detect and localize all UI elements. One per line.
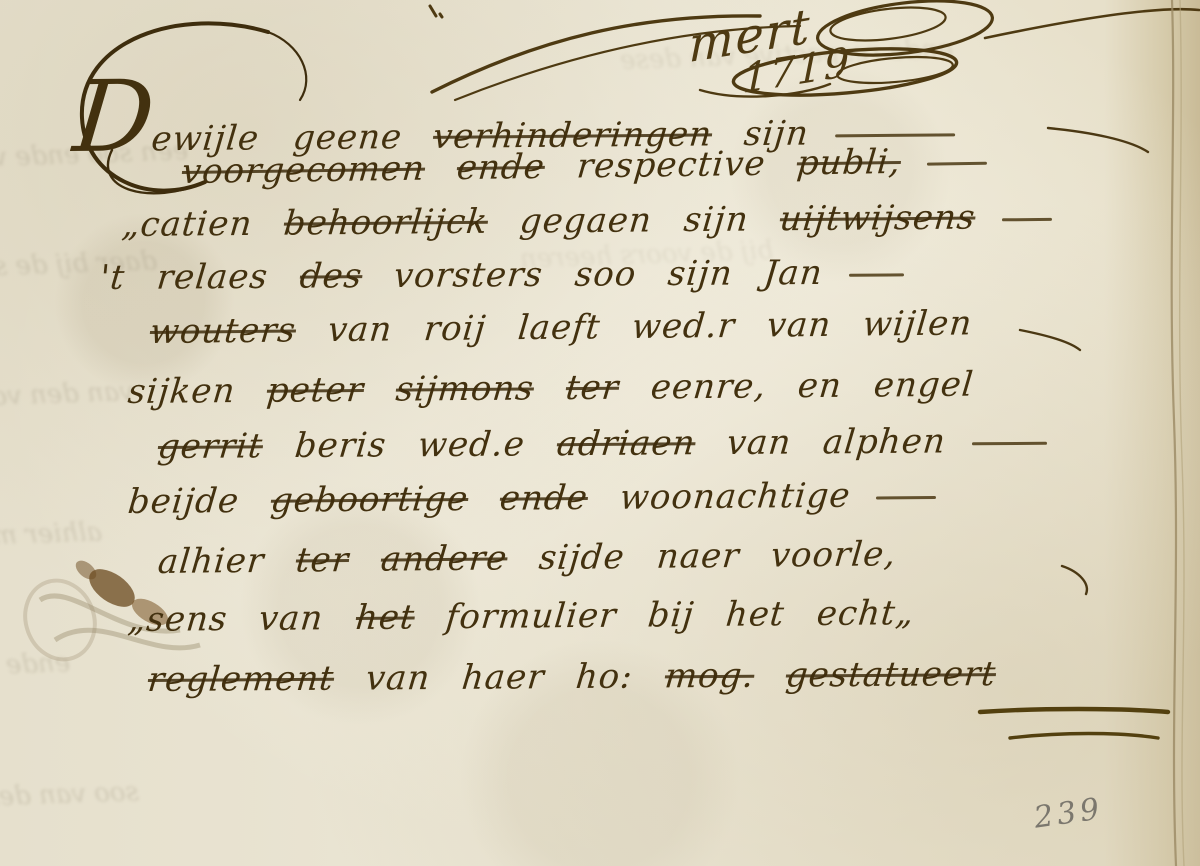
word-struckthrough: andere xyxy=(379,538,509,579)
word: van xyxy=(257,598,325,639)
word: Jan xyxy=(762,253,825,293)
word: haer xyxy=(460,657,546,698)
word: „catien xyxy=(120,204,254,245)
word: eenre, xyxy=(649,366,768,407)
bleedthrough-text: ende het xyxy=(0,648,71,682)
word-struckthrough: ter xyxy=(564,368,621,408)
word: sijn xyxy=(666,254,735,294)
word: van xyxy=(364,658,432,698)
word-struckthrough: uijtwijsens xyxy=(778,198,977,240)
word-struckthrough: ende xyxy=(498,478,590,519)
word-struckthrough: gestatueert xyxy=(784,654,998,695)
word: alphen xyxy=(821,421,948,462)
word: relaes xyxy=(155,257,270,298)
line-filler-dash xyxy=(927,161,987,165)
line-filler-dash xyxy=(876,495,936,499)
word: bij xyxy=(646,595,696,635)
word: ho: xyxy=(574,657,635,697)
word: respective xyxy=(575,144,767,187)
line-filler-dash xyxy=(972,441,1047,445)
manuscript-line: „catien behoorlijck gegaen sijn uijtwijs… xyxy=(122,197,1052,245)
manuscript-line: alhier ter andere sijde naer voorle, xyxy=(158,534,897,582)
word: formulier xyxy=(444,596,618,638)
manuscript-line: sijken peter sijmons ter eenre, en engel xyxy=(128,365,974,412)
manuscript-line: wouters van roij laeft wed.r van wijlen xyxy=(150,303,973,352)
word: gegaen xyxy=(518,200,654,241)
word: beijde xyxy=(126,481,241,522)
closing-underline xyxy=(980,709,1168,738)
manuscript-line: reglement van haer ho: mog. gestatueert xyxy=(148,654,996,700)
word-struckthrough: adriaen xyxy=(555,423,697,464)
word: wijlen xyxy=(861,303,974,344)
line-filler-dash xyxy=(835,133,955,137)
bleedthrough-text: alhier mede xyxy=(0,517,103,552)
word: soo xyxy=(573,254,638,294)
word: vorsters xyxy=(392,255,545,296)
word: Dewijle xyxy=(71,86,265,160)
paper-edge xyxy=(1172,0,1184,866)
word: van xyxy=(765,305,833,346)
word-struckthrough: het xyxy=(354,597,417,638)
word: sijken xyxy=(126,371,237,412)
bleedthrough-text: soo van dese xyxy=(0,777,139,813)
word: beris xyxy=(293,425,388,466)
word: 't xyxy=(98,258,127,298)
word-struckthrough: voorgecomen xyxy=(180,149,427,192)
word: van xyxy=(326,309,394,350)
word: en xyxy=(796,366,844,406)
word: woonachtige xyxy=(618,476,852,518)
word: sijn xyxy=(682,200,751,241)
manuscript-page: een soo ende van daer bij de selve van d… xyxy=(0,0,1200,866)
word: laeft xyxy=(516,307,602,348)
word: wed.e xyxy=(416,424,527,465)
word-struckthrough: ende xyxy=(455,147,547,188)
manuscript-line: 't relaes des vorsters soo sijn Jan xyxy=(100,252,904,298)
word: voorle, xyxy=(769,534,898,575)
word-struckthrough: publi, xyxy=(795,142,903,184)
word-struckthrough: geboortige xyxy=(269,479,470,521)
word: sijde xyxy=(537,537,627,578)
word: het xyxy=(724,594,787,635)
word-struckthrough: sijmons xyxy=(394,368,536,409)
word-struckthrough: ter xyxy=(294,540,351,581)
word: wed.r xyxy=(630,306,737,347)
word: echt„ xyxy=(815,593,916,634)
word-struckthrough: reglement xyxy=(146,659,336,700)
manuscript-line: gerrit beris wed.e adriaen van alphen xyxy=(158,421,1047,467)
word-struckthrough: wouters xyxy=(148,310,298,352)
word: roij xyxy=(422,308,488,349)
word-struckthrough: peter xyxy=(265,370,366,411)
bleedthrough-text: van den voors xyxy=(0,377,134,413)
manuscript-line: „sens van het formulier bij het echt„ xyxy=(128,593,915,640)
line-filler-dash xyxy=(1002,217,1052,220)
word-struckthrough: mog. xyxy=(663,656,756,697)
word: naer xyxy=(655,536,741,577)
word: van xyxy=(725,423,793,463)
line-filler-dash xyxy=(849,273,904,276)
page-number: 239 xyxy=(1032,791,1105,835)
word: alhier xyxy=(156,541,266,582)
manuscript-line: beijde geboortige ende woonachtige xyxy=(128,475,937,522)
word-struckthrough: des xyxy=(298,256,364,296)
word-struckthrough: behoorlijck xyxy=(282,202,490,244)
word-struckthrough: gerrit xyxy=(156,426,265,467)
word: „sens xyxy=(126,599,229,640)
word: engel xyxy=(872,365,976,406)
